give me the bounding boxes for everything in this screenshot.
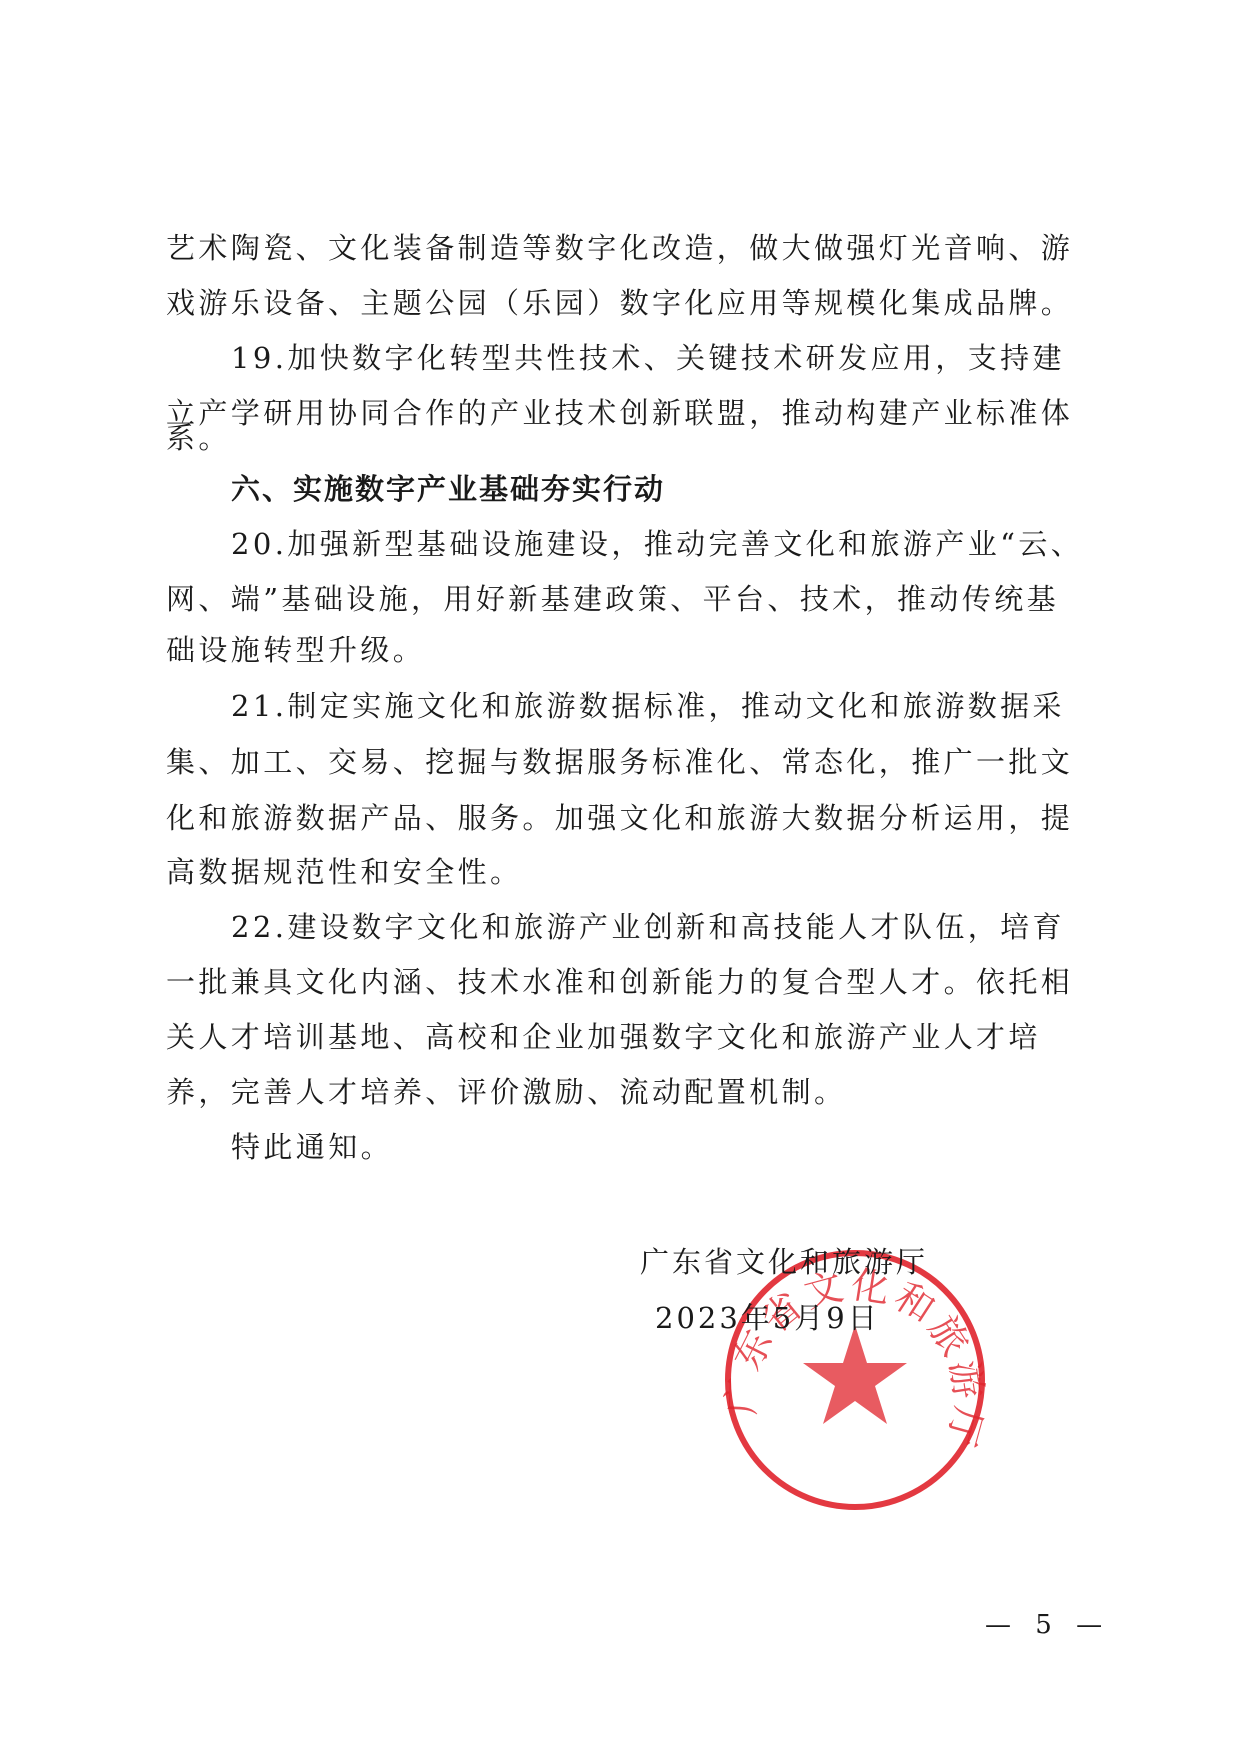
paragraph-21-line: 21.制定实施文化和旅游数据标准，推动文化和旅游数据采 [231, 686, 1086, 726]
text-line: 戏游乐设备、主题公园（乐园）数字化应用等规模化集成品牌。 [166, 283, 1086, 323]
paragraph-22-line: 关人才培训基地、高校和企业加强数字文化和旅游产业人才培 [166, 1017, 1086, 1057]
paragraph-21-line: 集、加工、交易、挖掘与数据服务标准化、常态化，推广一批文 [166, 742, 1086, 782]
paragraph-21-line: 高数据规范性和安全性。 [166, 852, 1086, 892]
signature-organization: 广东省文化和旅游厅 [640, 1240, 928, 1281]
paragraph-22-line: 养，完善人才培养、评价激励、流动配置机制。 [166, 1072, 1086, 1112]
paragraph-20-line: 网、端”基础设施，用好新基建政策、平台、技术，推动传统基 [166, 579, 1086, 619]
section-heading: 六、实施数字产业基础夯实行动 [231, 469, 1086, 509]
page-number: — 5 — [985, 1610, 1110, 1640]
closing-line: 特此通知。 [231, 1127, 1086, 1167]
signature-date: 2023年5月9日 [655, 1296, 880, 1337]
document-page: 艺术陶瓷、文化装备制造等数字化改造，做大做强灯光音响、游 戏游乐设备、主题公园（… [0, 0, 1240, 1752]
paragraph-22-line: 一批兼具文化内涵、技术水准和创新能力的复合型人才。依托相 [166, 962, 1086, 1002]
text-line: 艺术陶瓷、文化装备制造等数字化改造，做大做强灯光音响、游 [166, 228, 1086, 268]
paragraph-21-line: 化和旅游数据产品、服务。加强文化和旅游大数据分析运用，提 [166, 798, 1086, 838]
official-seal-icon: 广东省文化和旅游厅 [720, 1245, 990, 1515]
paragraph-22-line: 22.建设数字文化和旅游产业创新和高技能人才队伍，培育 [231, 907, 1086, 947]
paragraph-20-line: 20.加强新型基础设施建设，推动完善文化和旅游产业“云、 [231, 524, 1086, 564]
paragraph-19-line: 19.加快数字化转型共性技术、关键技术研发应用，支持建 [231, 338, 1086, 378]
text-line: 系。 [166, 418, 1086, 458]
paragraph-20-line: 础设施转型升级。 [166, 630, 1086, 670]
